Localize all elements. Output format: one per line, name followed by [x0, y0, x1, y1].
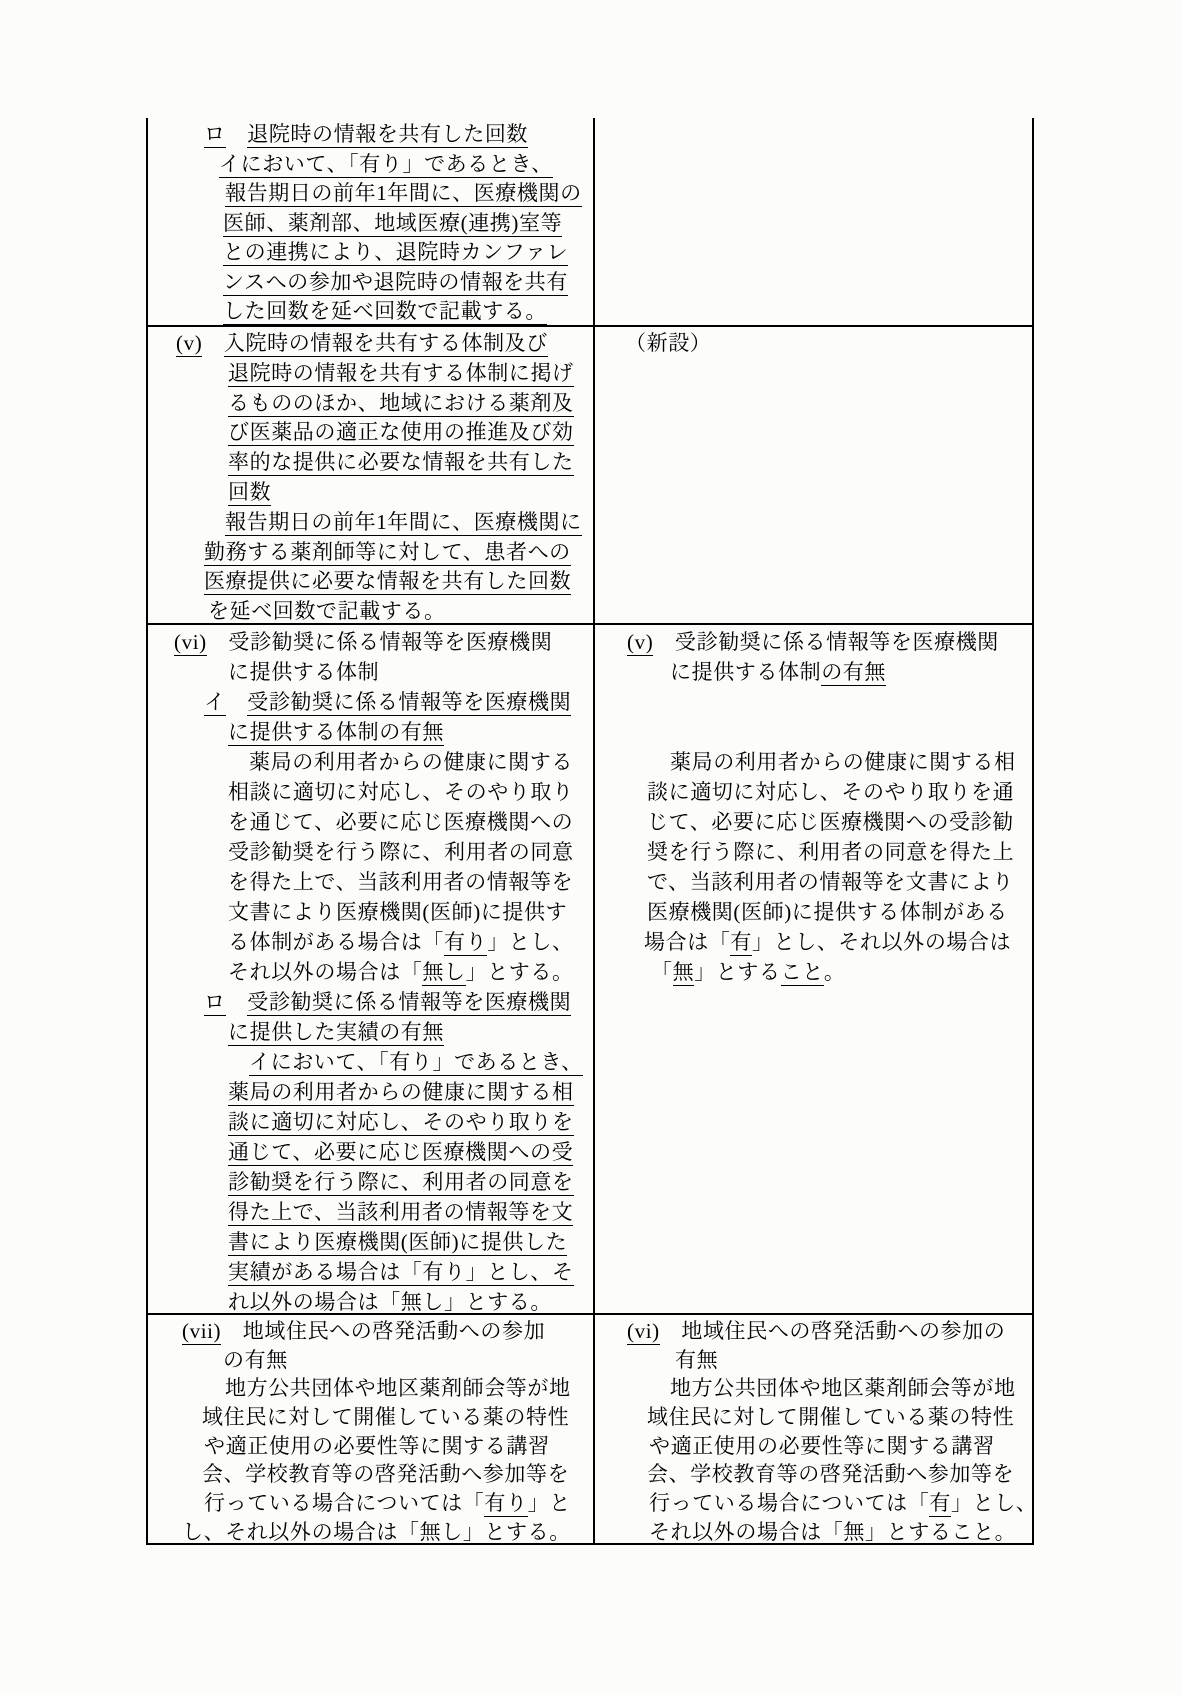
underlined-text-run: 医師、薬剤部、地域医療(連携)室等 — [223, 211, 562, 237]
text-line: 診勧奨を行う際に、利用者の同意を — [228, 1167, 593, 1197]
text-line: 医師、薬剤部、地域医療(連携)室等 — [223, 209, 593, 239]
underlined-text-run: び医薬品の適正な使用の推進及び効 — [228, 420, 574, 446]
underlined-text-run: (vi) — [174, 630, 207, 656]
text-line: 「無」とすること。 — [651, 957, 1032, 987]
text-run: を通じて、必要に応じ医療機関への — [228, 810, 573, 834]
underlined-text-run: 医療提供に必要な情報を共有した回数 — [204, 569, 571, 595]
underlined-text-run: 薬局の利用者からの健康に関する相 — [228, 1080, 574, 1106]
text-run: 。 — [995, 1520, 1017, 1543]
text-line: イにおいて、「有り」であるとき、 — [219, 150, 593, 180]
text-run: 文書により医療機関(医師)に提供す — [228, 900, 567, 924]
cell-previous-right: (vi) 地域住民への啓発活動への参加の有無地方公共団体や地区薬剤師会等が地域住… — [595, 1315, 1032, 1543]
underlined-text-run: れ以外の場合は「無し」とする。 — [228, 1290, 552, 1313]
text-line: した回数を延べ回数で記載する。 — [223, 297, 593, 325]
text-line: や適正使用の必要性等に関する講習 — [649, 1432, 1032, 1461]
text-run: を得た上で、当該利用者の情報等を — [228, 870, 573, 894]
text-line: 奨を行う際に、利用者の同意を得た上 — [647, 837, 1032, 867]
text-line: の有無 — [223, 1346, 593, 1375]
text-line: ンスへの参加や退院時の情報を共有 — [223, 268, 593, 298]
text-run — [207, 630, 229, 654]
text-line: 会、学校教育等の啓発活動へ参加等を — [647, 1460, 1032, 1489]
underlined-text-run: (vi) — [627, 1319, 660, 1345]
underlined-text-run: 報告期日の前年1年間に、医療機関に — [225, 510, 582, 536]
text-run: 行っている場合については「 — [204, 1491, 484, 1515]
underlined-text-run: 報告期日の前年1年間に、医療機関の — [225, 181, 582, 207]
text-line: 通じて、必要に応じ医療機関への受 — [228, 1137, 593, 1167]
text-line: 域住民に対して開催している薬の特性 — [647, 1403, 1032, 1432]
text-line: る体制がある場合は「有り」とし、 — [228, 927, 593, 957]
text-line — [595, 687, 1032, 717]
underlined-text-run: 得た上で、当該利用者の情報等を文 — [228, 1200, 573, 1226]
underlined-text-run: 無し — [420, 1520, 463, 1543]
text-line: 医療提供に必要な情報を共有した回数 — [204, 567, 593, 597]
text-line: 報告期日の前年1年間に、医療機関に — [225, 508, 593, 538]
text-line: 薬局の利用者からの健康に関する相 — [228, 1077, 593, 1107]
text-run: 」とし、それ以外の場合は — [752, 930, 1011, 954]
text-line: (vii) 地域住民への啓発活動への参加 — [182, 1317, 593, 1346]
text-run: 薬局の利用者からの健康に関する相 — [670, 750, 1016, 774]
underlined-text-run: 書により医療機関(医師)に提供した — [228, 1230, 567, 1256]
underlined-text-run: の有無 — [821, 660, 886, 686]
underlined-text-run: イにおいて、「有り」であるとき、 — [219, 152, 553, 178]
text-line: イ 受診勧奨に係る情報等を医療機関 — [204, 687, 593, 717]
text-run: じて、必要に応じ医療機関への受診勧 — [647, 810, 1014, 834]
text-line: を通じて、必要に応じ医療機関への — [228, 807, 593, 837]
text-line: 談に適切に対応し、そのやり取りを — [228, 1107, 593, 1137]
text-line: 行っている場合については「有」とし、 — [649, 1489, 1032, 1518]
text-run: 」とする。 — [466, 960, 574, 984]
text-line: 書により医療機関(医師)に提供した — [228, 1227, 593, 1257]
text-run — [226, 122, 248, 146]
text-line: それ以外の場合は「無」とすること。 — [649, 1518, 1032, 1543]
text-line: るもののほか、地域における薬剤及 — [228, 389, 593, 419]
text-run: （新設） — [625, 331, 711, 355]
cell-revised-left: ロ 退院時の情報を共有した回数イにおいて、「有り」であるとき、報告期日の前年1年… — [148, 118, 595, 325]
text-line: れ以外の場合は「無し」とする。 — [228, 1287, 593, 1313]
text-line: (vi) 受診勧奨に係る情報等を医療機関 — [174, 627, 593, 657]
text-line: や適正使用の必要性等に関する講習 — [204, 1432, 593, 1461]
comparison-table: ロ 退院時の情報を共有した回数イにおいて、「有り」であるとき、報告期日の前年1年… — [146, 118, 1034, 1545]
text-line: イにおいて、「有り」であるとき、 — [249, 1047, 593, 1077]
text-run: 」とする — [694, 960, 780, 984]
text-run — [226, 690, 248, 714]
underlined-text-run: ロ — [204, 122, 226, 148]
text-line: 医療機関(医師)に提供する体制がある — [647, 897, 1032, 927]
text-line: 文書により医療機関(医師)に提供す — [228, 897, 593, 927]
text-run: 域住民に対して開催している薬の特性 — [202, 1405, 569, 1429]
text-run: し、それ以外の場合は「 — [182, 1520, 420, 1543]
text-line: 談に適切に対応し、そのやり取りを通 — [647, 777, 1032, 807]
underlined-text-run: 受診勧奨に係る情報等を医療機関 — [247, 990, 571, 1016]
underlined-text-run: イにおいて、「有り」であるとき、 — [249, 1050, 583, 1076]
text-run: 医療機関(医師)に提供する体制がある — [647, 900, 1008, 924]
underlined-text-run: 勤務する薬剤師等に対して、患者への — [204, 540, 571, 566]
underlined-text-run: との連携により、退院時カンファレ — [223, 240, 568, 266]
text-run: 受診勧奨に係る情報等を医療機関 — [228, 630, 552, 654]
text-run — [221, 1319, 243, 1343]
text-run: 地方公共団体や地区薬剤師会等が地 — [670, 1376, 1016, 1400]
text-line: 報告期日の前年1年間に、医療機関の — [225, 179, 593, 209]
underlined-text-run: こと — [781, 960, 824, 986]
underlined-text-run: (v) — [176, 331, 202, 357]
underlined-text-run: (vii) — [182, 1319, 221, 1345]
text-run: で、当該利用者の情報等を文書により — [647, 870, 1014, 894]
underlined-text-run: した回数を延べ回数で記載する。 — [223, 299, 547, 325]
underlined-text-run: 無 — [843, 1520, 865, 1543]
text-run: 受診勧奨に係る情報等を医療機関 — [675, 630, 999, 654]
text-line — [595, 717, 1032, 747]
text-run — [202, 331, 224, 355]
text-run: 行っている場合については「 — [649, 1491, 929, 1515]
text-run: 」とし、 — [951, 1491, 1032, 1515]
underlined-text-run: に提供する体制の有無 — [228, 720, 444, 746]
text-run — [653, 630, 675, 654]
underlined-text-run: 有 — [929, 1491, 951, 1517]
text-line: に提供した実績の有無 — [228, 1017, 593, 1047]
text-line: 勤務する薬剤師等に対して、患者への — [204, 538, 593, 568]
text-run: 薬局の利用者からの健康に関する — [249, 750, 573, 774]
text-line: を延べ回数で記載する。 — [208, 597, 593, 623]
text-line: 回数 — [228, 478, 593, 508]
text-run: の有無 — [223, 1348, 288, 1372]
cell-revised-left: (vii) 地域住民への啓発活動への参加の有無地方公共団体や地区薬剤師会等が地域… — [148, 1315, 595, 1543]
text-line: に提供する体制 — [228, 657, 593, 687]
underlined-text-run: 率的な提供に必要な情報を共有した — [228, 450, 574, 476]
text-line: 場合は「有」とし、それ以外の場合は — [644, 927, 1032, 957]
underlined-text-run: るもののほか、地域における薬剤及 — [228, 391, 574, 417]
table-row-1: ロ 退院時の情報を共有した回数イにおいて、「有り」であるとき、報告期日の前年1年… — [148, 118, 1032, 325]
text-run: 」とする — [865, 1520, 951, 1543]
cell-previous-right: （新設） — [595, 327, 1032, 623]
text-run — [226, 990, 248, 1014]
underlined-text-run: 退院時の情報を共有した回数 — [247, 122, 528, 148]
text-line: (v) 入院時の情報を共有する体制及び — [176, 329, 593, 359]
text-line: 得た上で、当該利用者の情報等を文 — [228, 1197, 593, 1227]
text-line: ロ 受診勧奨に係る情報等を医療機関 — [204, 987, 593, 1017]
text-run: に提供する体制 — [670, 660, 821, 684]
text-run: 受診勧奨を行う際に、利用者の同意 — [228, 840, 574, 864]
text-run: 会、学校教育等の啓発活動へ参加等を — [647, 1462, 1014, 1486]
table-row-3: (vi) 受診勧奨に係る情報等を医療機関に提供する体制イ 受診勧奨に係る情報等を… — [148, 623, 1032, 1313]
underlined-text-run: 無 — [673, 960, 695, 986]
underlined-text-run: を延べ回数で記載する。 — [208, 599, 446, 623]
underlined-text-run: イ — [204, 690, 226, 716]
text-run: 「 — [651, 960, 673, 984]
text-line: び医薬品の適正な使用の推進及び効 — [228, 418, 593, 448]
text-run: 」と — [528, 1491, 571, 1515]
underlined-text-run: (v) — [627, 630, 653, 656]
document-page: ロ 退院時の情報を共有した回数イにおいて、「有り」であるとき、報告期日の前年1年… — [0, 0, 1181, 1695]
underlined-text-run: 有り — [444, 930, 487, 956]
text-run: 地方公共団体や地区薬剤師会等が地 — [225, 1376, 571, 1400]
text-line: 域住民に対して開催している薬の特性 — [202, 1403, 593, 1432]
text-run: 相談に適切に対応し、そのやり取り — [228, 780, 574, 804]
text-run: 地域住民への啓発活動への参加 — [243, 1319, 545, 1343]
text-line: ロ 退院時の情報を共有した回数 — [204, 120, 593, 150]
table-row-4: (vii) 地域住民への啓発活動への参加の有無地方公共団体や地区薬剤師会等が地域… — [148, 1313, 1032, 1543]
underlined-text-run: 回数 — [228, 480, 271, 506]
text-run: 有無 — [675, 1348, 718, 1372]
text-line: 地方公共団体や地区薬剤師会等が地 — [670, 1374, 1032, 1403]
text-run: に提供する体制 — [228, 660, 379, 684]
text-line: 薬局の利用者からの健康に関する — [249, 747, 593, 777]
text-line: に提供する体制の有無 — [228, 717, 593, 747]
text-run: 会、学校教育等の啓発活動へ参加等を — [202, 1462, 569, 1486]
text-line: 薬局の利用者からの健康に関する相 — [670, 747, 1032, 777]
table-row-2: (v) 入院時の情報を共有する体制及び退院時の情報を共有する体制に掲げるもののほ… — [148, 325, 1032, 623]
underlined-text-run: に提供した実績の有無 — [228, 1020, 444, 1046]
text-run: それ以外の場合は「 — [228, 960, 422, 984]
text-run: それ以外の場合は「 — [649, 1520, 843, 1543]
text-run: 。 — [824, 960, 846, 984]
text-line: じて、必要に応じ医療機関への受診勧 — [647, 807, 1032, 837]
text-run: 奨を行う際に、利用者の同意を得た上 — [647, 840, 1014, 864]
text-line: に提供する体制の有無 — [670, 657, 1032, 687]
underlined-text-run: ロ — [204, 990, 226, 1016]
text-run — [660, 1319, 682, 1343]
text-line: 実績がある場合は「有り」とし、そ — [228, 1257, 593, 1287]
text-run: 談に適切に対応し、そのやり取りを通 — [647, 780, 1014, 804]
text-run: や適正使用の必要性等に関する講習 — [204, 1434, 550, 1458]
underlined-text-run: 有り — [484, 1491, 527, 1517]
cell-previous-right — [595, 118, 1032, 325]
underlined-text-run: ンスへの参加や退院時の情報を共有 — [223, 270, 568, 296]
underlined-text-run: 談に適切に対応し、そのやり取りを — [228, 1110, 574, 1136]
text-line: （新設） — [625, 329, 1032, 359]
text-line: 行っている場合については「有り」と — [204, 1489, 593, 1518]
text-line: (vi) 地域住民への啓発活動への参加の — [627, 1317, 1032, 1346]
text-run: る体制がある場合は「 — [228, 930, 444, 954]
underlined-text-run: 無し — [422, 960, 465, 986]
underlined-text-run: 通じて、必要に応じ医療機関への受 — [228, 1140, 573, 1166]
underlined-text-run: 診勧奨を行う際に、利用者の同意を — [228, 1170, 574, 1196]
text-run: 」とし、 — [487, 930, 573, 954]
text-line: を得た上で、当該利用者の情報等を — [228, 867, 593, 897]
text-line: それ以外の場合は「無し」とする。 — [228, 957, 593, 987]
underlined-text-run: 退院時の情報を共有する体制に掲げ — [228, 361, 574, 387]
text-line: し、それ以外の場合は「無し」とする。 — [182, 1518, 593, 1543]
text-line: 相談に適切に対応し、そのやり取り — [228, 777, 593, 807]
underlined-text-run: 有 — [730, 930, 752, 956]
cell-revised-left: (v) 入院時の情報を共有する体制及び退院時の情報を共有する体制に掲げるもののほ… — [148, 327, 595, 623]
text-run: 地域住民への啓発活動への参加の — [681, 1319, 1005, 1343]
cell-previous-right: (v) 受診勧奨に係る情報等を医療機関に提供する体制の有無薬局の利用者からの健康… — [595, 625, 1032, 1313]
text-line: 率的な提供に必要な情報を共有した — [228, 448, 593, 478]
text-line: 会、学校教育等の啓発活動へ参加等を — [202, 1460, 593, 1489]
text-line: 受診勧奨を行う際に、利用者の同意 — [228, 837, 593, 867]
text-run: 」とする。 — [463, 1520, 571, 1543]
text-line: 地方公共団体や地区薬剤師会等が地 — [225, 1374, 593, 1403]
underlined-text-run: 実績がある場合は「有り」とし、そ — [228, 1260, 574, 1286]
text-run: 域住民に対して開催している薬の特性 — [647, 1405, 1014, 1429]
underlined-text-run: 入院時の情報を共有する体制及び — [224, 331, 548, 357]
text-run: や適正使用の必要性等に関する講習 — [649, 1434, 995, 1458]
underlined-text-run: こと — [951, 1520, 994, 1543]
cell-revised-left: (vi) 受診勧奨に係る情報等を医療機関に提供する体制イ 受診勧奨に係る情報等を… — [148, 625, 595, 1313]
text-line: で、当該利用者の情報等を文書により — [647, 867, 1032, 897]
text-line: 有無 — [675, 1346, 1032, 1375]
text-run: 場合は「 — [644, 930, 730, 954]
underlined-text-run: 受診勧奨に係る情報等を医療機関 — [247, 690, 571, 716]
text-line: との連携により、退院時カンファレ — [223, 238, 593, 268]
text-line: 退院時の情報を共有する体制に掲げ — [228, 359, 593, 389]
text-line: (v) 受診勧奨に係る情報等を医療機関 — [627, 627, 1032, 657]
